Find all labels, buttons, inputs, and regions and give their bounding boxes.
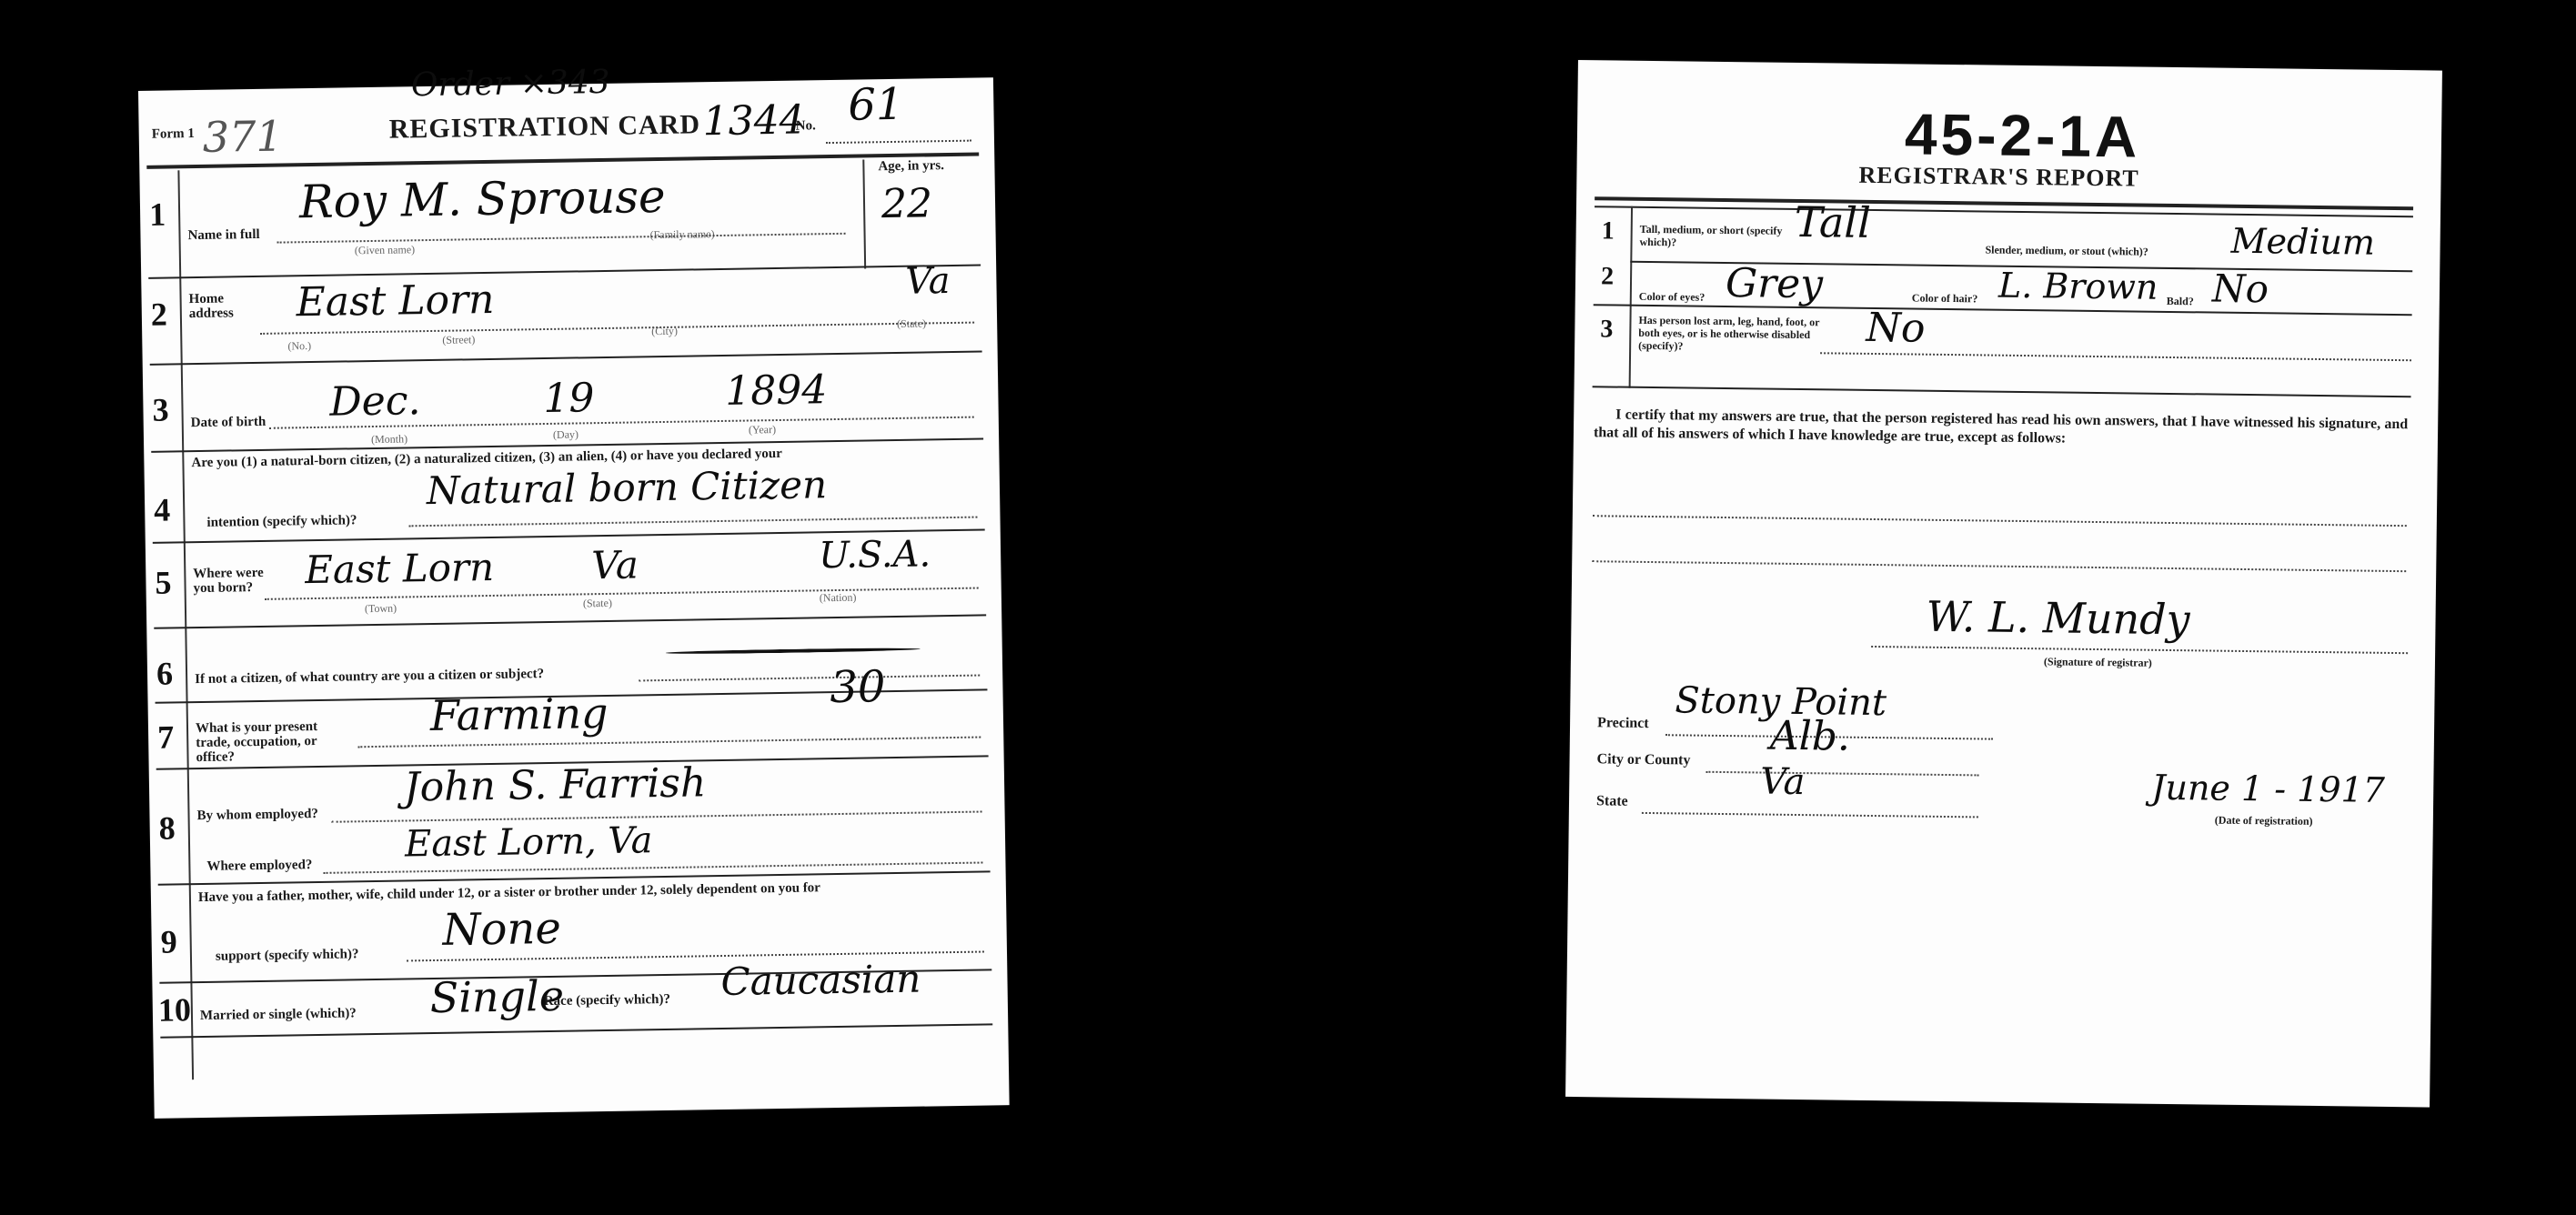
county-value: Alb. bbox=[1770, 713, 1851, 760]
registrar-signature-label: (Signature of registrar) bbox=[2044, 655, 2152, 669]
eye-color-label: Color of eyes? bbox=[1639, 290, 1706, 305]
registration-date-label: (Date of registration) bbox=[2215, 814, 2313, 828]
height-value: Tall bbox=[1795, 197, 1872, 247]
bald-value: No bbox=[2212, 266, 2269, 312]
build-value: Medium bbox=[2230, 221, 2375, 263]
build-label: Slender, medium, or stout (which)? bbox=[1985, 243, 2148, 258]
disability-value: No bbox=[1866, 305, 1926, 352]
disability-label: Has person lost arm, leg, hand, foot, or… bbox=[1638, 314, 1820, 354]
report-title: REGISTRAR'S REPORT bbox=[1858, 162, 2139, 193]
registrars-report-card: 45-2-1A REGISTRAR'S REPORT 1 Tall, mediu… bbox=[1565, 60, 2442, 1108]
stamp-code: 45-2-1A bbox=[1905, 100, 2141, 170]
state-label: State bbox=[1596, 793, 1628, 809]
hair-color-value: L. Brown bbox=[1998, 266, 2158, 307]
hair-color-label: Color of hair? bbox=[1912, 292, 1978, 306]
eye-color-value: Grey bbox=[1726, 260, 1824, 307]
bald-label: Bald? bbox=[2167, 295, 2194, 308]
precinct-label: Precinct bbox=[1597, 715, 1649, 732]
registration-date: June 1 - 1917 bbox=[2151, 768, 2385, 810]
county-label: City or County bbox=[1596, 751, 1690, 768]
front-card-bottom-section bbox=[138, 946, 993, 1128]
certification-text: I certify that my answers are true, that… bbox=[1594, 406, 2408, 452]
height-label: Tall, medium, or short (specify which)? bbox=[1639, 223, 1785, 250]
registrar-signature: W. L. Mundy bbox=[1926, 592, 2190, 645]
state-value: Va bbox=[1760, 761, 1806, 804]
